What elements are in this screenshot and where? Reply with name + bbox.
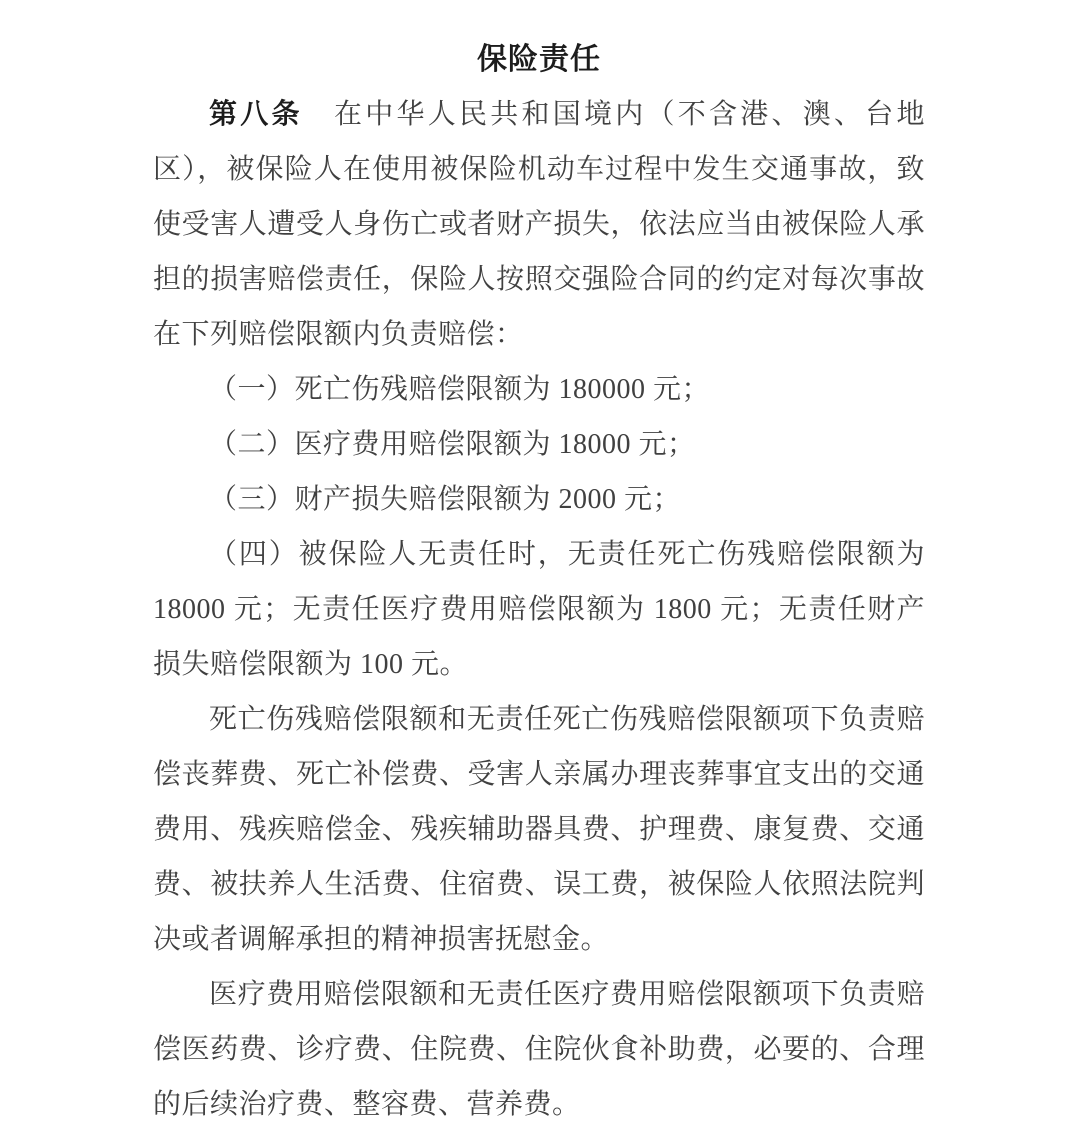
- medical-expense-coverage-paragraph: 医疗费用赔偿限额和无责任医疗费用赔偿限额项下负责赔偿医药费、诊疗费、住院费、住院…: [153, 967, 925, 1131]
- death-disability-coverage-paragraph: 死亡伤残赔偿限额和无责任死亡伤残赔偿限额项下负责赔偿丧葬费、死亡补偿费、受害人亲…: [153, 692, 925, 967]
- limit-item-3: （三）财产损失赔偿限额为 2000 元；: [153, 472, 925, 527]
- limit-item-1: （一）死亡伤残赔偿限额为 180000 元；: [153, 362, 925, 417]
- page-title: 保险责任: [153, 32, 925, 87]
- limit-item-4: （四）被保险人无责任时，无责任死亡伤残赔偿限额为 18000 元；无责任医疗费用…: [153, 527, 925, 692]
- insurance-clause-document: 保险责任 第八条 在中华人民共和国境内（不含港、澳、台地区），被保险人在使用被保…: [0, 0, 1080, 1131]
- article-8-paragraph: 第八条 在中华人民共和国境内（不含港、澳、台地区），被保险人在使用被保险机动车过…: [153, 87, 925, 362]
- article-number: 第八条: [209, 99, 303, 130]
- article-body-text: 在中华人民共和国境内（不含港、澳、台地区），被保险人在使用被保险机动车过程中发生…: [153, 99, 925, 350]
- limit-item-2: （二）医疗费用赔偿限额为 18000 元；: [153, 417, 925, 472]
